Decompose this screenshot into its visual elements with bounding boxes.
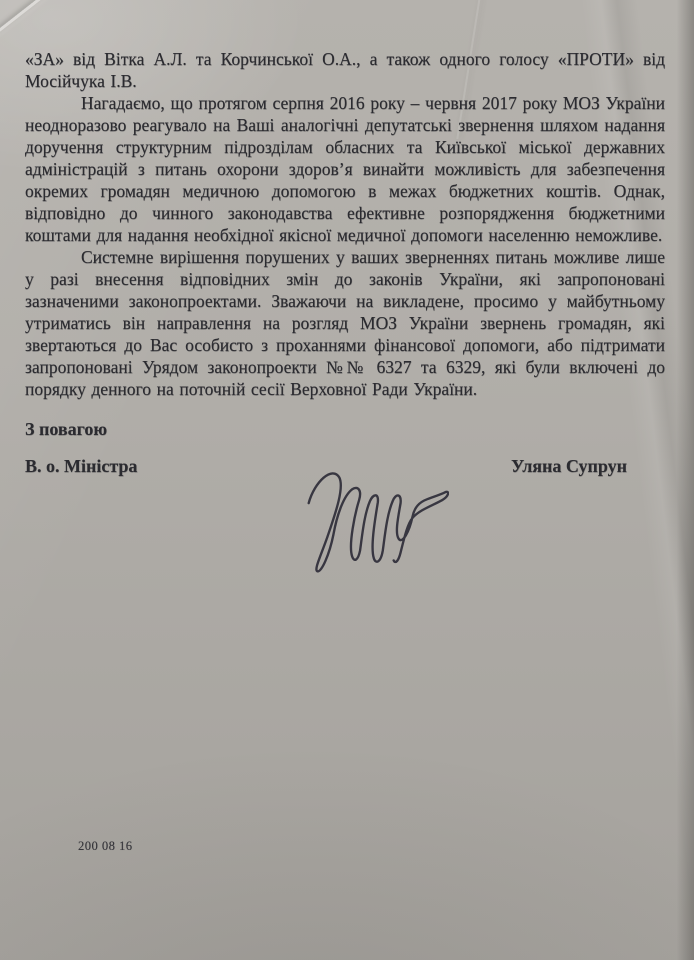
paragraph-systemic-solution: Системне вирішення порушених у ваших зве… [25, 246, 665, 400]
paper-fold-crease [0, 0, 50, 36]
paragraph-reminder: Нагадаємо, що протягом серпня 2016 року … [25, 92, 665, 246]
closing-salutation: З повагою [25, 419, 665, 440]
signer-name: Уляна Супрун [511, 456, 627, 477]
letter-body: «ЗА» від Вітка А.Л. та Корчинської О.А.,… [25, 48, 665, 477]
paragraph-vote-result: «ЗА» від Вітка А.Л. та Корчинської О.А.,… [25, 48, 665, 92]
footer-code: 200 08 16 [78, 839, 133, 854]
signature-block: В. о. Міністра Уляна Супрун [25, 456, 665, 477]
signer-title: В. о. Міністра [25, 456, 137, 477]
scanned-letter-page: «ЗА» від Вітка А.Л. та Корчинської О.А.,… [0, 0, 694, 960]
